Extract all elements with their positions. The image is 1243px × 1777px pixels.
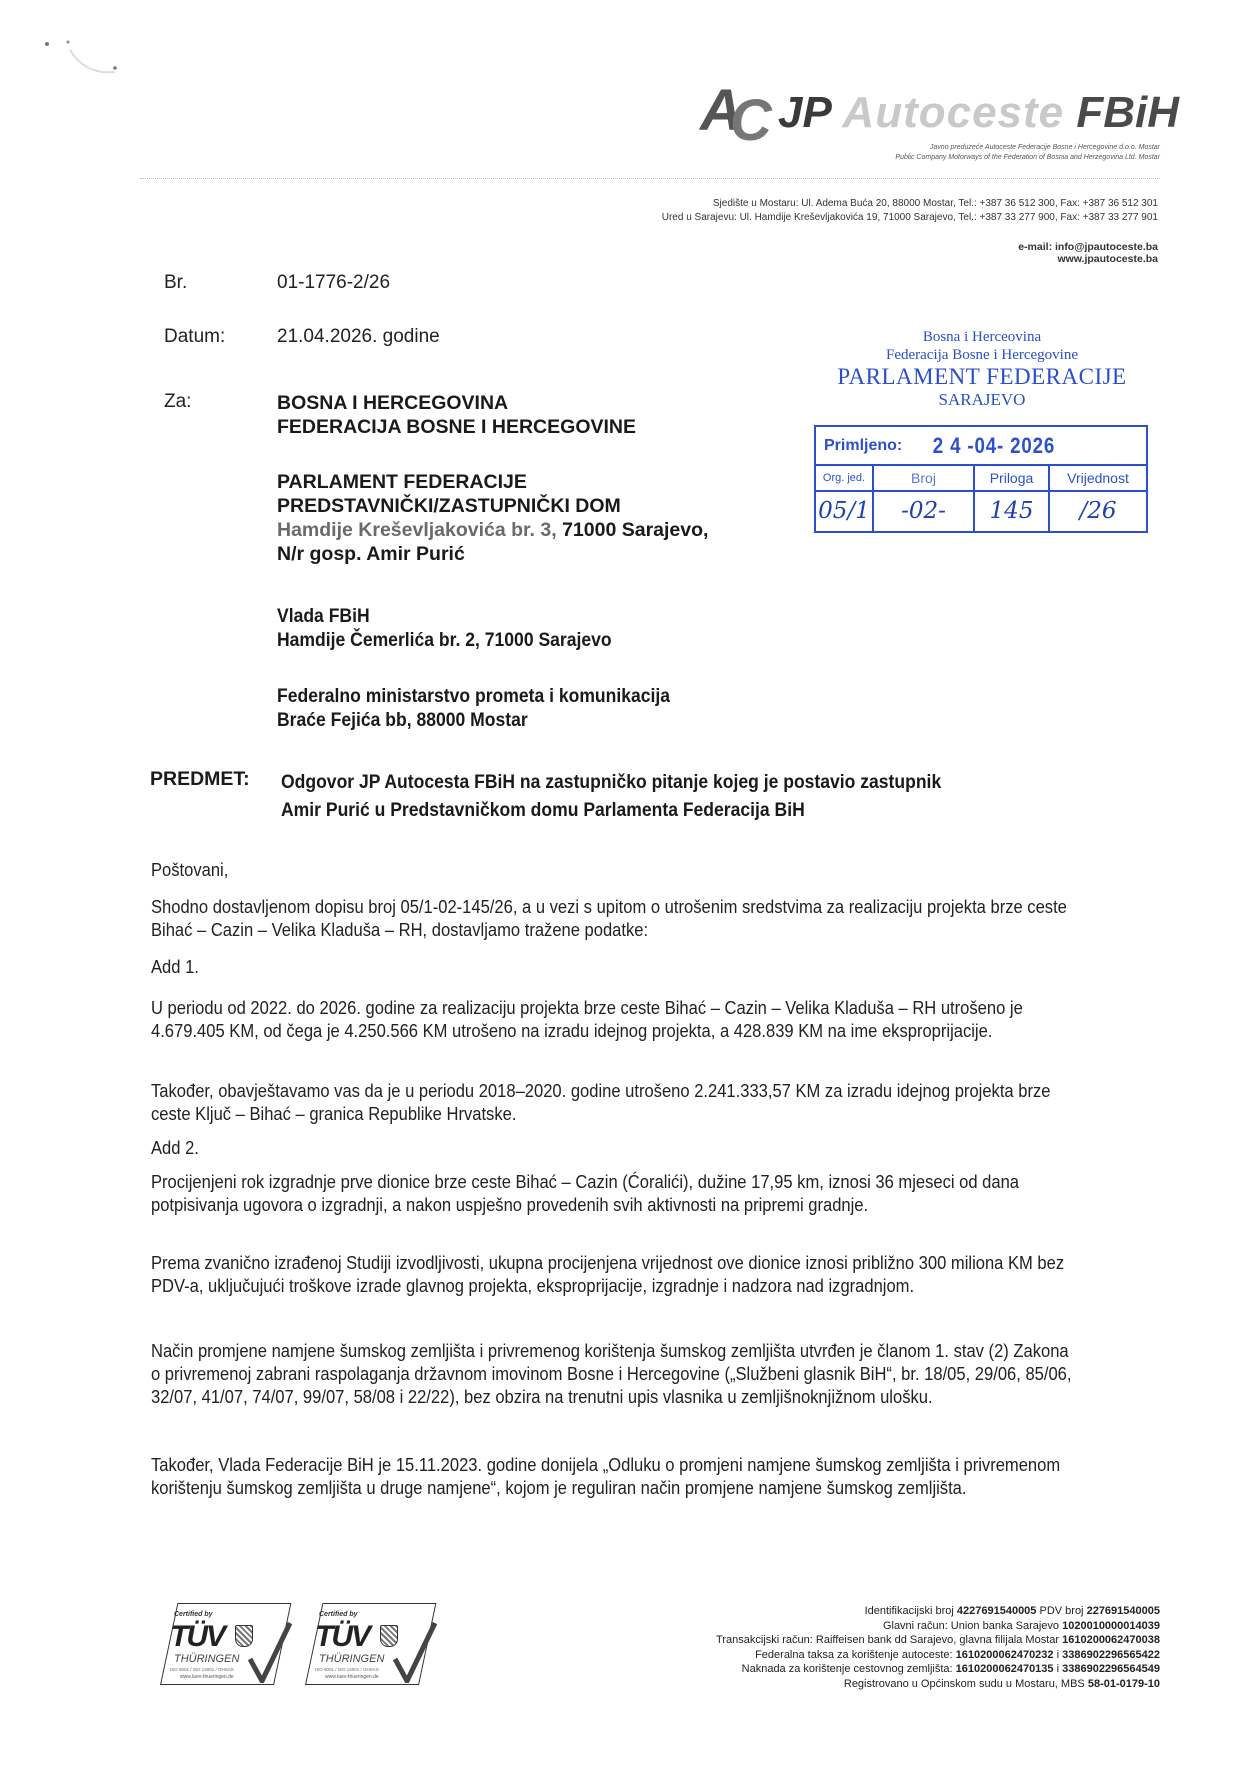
checkmark-icon [393,1621,437,1683]
tuv-certification-badge: Certified by TÜV THÜRINGEN ISO 9001 / IS… [160,1603,300,1685]
stamp-header: Vrijednost [1050,466,1146,492]
recipient-line: Braće Fejića bb, 88000 Mostar [277,708,670,732]
stamp-line: Bosna i Herceovina [812,328,1152,346]
section-add-1: Add 1. [151,956,1080,979]
badge-brand: TÜV [315,1620,369,1654]
recipient-line: Vlada FBiH [277,604,612,628]
paragraph-government-decision: Također, Vlada Federacije BiH je 15.11.2… [151,1454,1080,1500]
footer-transaction-account: Transakcijski račun: Raiffeisen bank dd … [716,1633,1160,1648]
recipient-bih: BOSNA I HERCEGOVINA FEDERACIJA BOSNE I H… [277,391,636,439]
scan-artifact-marks [40,20,130,80]
recipient-ministry: Federalno ministarstvo prometa i komunik… [277,684,670,732]
footer-main-account: Glavni račun: Union banka Sarajevo 10200… [716,1619,1160,1634]
address-mostar: Sjedište u Mostaru: Ul. Adema Buća 20, 8… [713,197,1158,211]
subject-line: Amir Purić u Predstavničkom domu Parlame… [281,796,941,824]
badge-standards: ISO 9001 / ISO 14001 / OHSAS [170,1667,234,1672]
footer-company-info: Identifikacijski broj 4227691540005 PDV … [716,1604,1160,1692]
date-label: Datum: [164,326,225,348]
subject-line: Odgovor JP Autocesta FBiH na zastupničko… [281,768,941,796]
subject-text: Odgovor JP Autocesta FBiH na zastupničko… [281,768,941,824]
paragraph-timeline: Procijenjeni rok izgradnje prve dionice … [151,1171,1080,1217]
logo-ac-monogram: AC [700,76,760,146]
recipient-line: Federalno ministarstvo prometa i komunik… [277,684,670,708]
checkmark-icon [248,1621,292,1683]
badge-region: THÜRINGEN [174,1653,239,1665]
stamp-received-date: 2 4 -04- 2026 [933,433,1055,459]
recipient-line: BOSNA I HERCEGOVINA [277,391,636,415]
greeting: Poštovani, [151,859,1080,882]
stamp-value: -02- [874,492,975,531]
stamp-line: PARLAMENT FEDERACIJE [812,364,1152,390]
stamp-value: /26 [1050,492,1146,531]
stamp-grid: Org. jed. Broj Priloga Vrijednost 05/1 -… [816,466,1146,531]
badge-certified-by: Certified by [174,1611,213,1618]
paragraph-cost-estimate: Prema zvanično izrađenoj Studiji izvodlj… [151,1252,1080,1298]
stamp-value: 145 [975,492,1050,531]
paragraph-intro: Shodno dostavljenom dopisu broj 05/1-02-… [151,896,1080,942]
recipient-address: Hamdije Kreševljakovića br. 3, 71000 Sar… [277,518,708,542]
stamp-received-row: Primljeno: 2 4 -04- 2026 [816,427,1146,466]
recipient-line: PREDSTAVNIČKI/ZASTUPNIČKI DOM [277,494,708,518]
section-add-2: Add 2. [151,1137,1080,1160]
paragraph-spending: U periodu od 2022. do 2026. godine za re… [151,997,1080,1043]
stamp-header: Priloga [975,466,1050,492]
recipient-parliament: PARLAMENT FEDERACIJE PREDSTAVNIČKI/ZASTU… [277,470,708,566]
stamp-line: Federacija Bosne i Hercegovine [812,346,1152,364]
recipient-attention: N/r gosp. Amir Purić [277,542,708,566]
badge-standards: ISO 9001 / ISO 14001 / OHSAS [315,1667,379,1672]
badge-brand: TÜV [170,1620,224,1654]
recipient-government: Vlada FBiH Hamdije Čemerlića br. 2, 7100… [277,604,612,652]
stamp-value: 05/1 [816,492,874,531]
badge-url: www.tuev-thueringen.de [180,1674,234,1680]
date-value: 21.04.2026. godine [277,326,440,348]
badge-certified-by: Certified by [319,1611,358,1618]
subject-label: PREDMET: [150,768,250,791]
paragraph-earlier-spending: Također, obavještavamo vas da je u perio… [151,1080,1080,1126]
recipient-line: PARLAMENT FEDERACIJE [277,470,708,494]
footer-road-fee: Naknada za korištenje cestovnog zemljišt… [716,1662,1160,1677]
header-divider [140,178,1160,179]
company-logo: AC JP Autoceste FBiH Javno preduzeće Aut… [700,76,1160,156]
badge-url: www.tuev-thueringen.de [325,1674,379,1680]
footer-id-line: Identifikacijski broj 4227691540005 PDV … [716,1604,1160,1619]
received-stamp-box: Primljeno: 2 4 -04- 2026 Org. jed. Broj … [814,425,1148,533]
footer-registry: Registrovano u Općinskom sudu u Mostaru,… [716,1677,1160,1692]
logo-subtitle-en: Public Company Motorways of the Federati… [895,154,1160,161]
number-value: 01-1776-2/26 [277,272,390,294]
received-stamp-header: Bosna i Herceovina Federacija Bosne i He… [812,328,1152,410]
recipient-line: FEDERACIJA BOSNE I HERCEGOVINE [277,415,636,439]
footer-federal-tax: Federalna taksa za korištenje autoceste:… [716,1648,1160,1663]
address-sarajevo: Ured u Sarajevu: Ul. Hamdije Kreševljako… [662,211,1158,225]
paragraph-forest-land-law: Način promjene namjene šumskog zemljišta… [151,1340,1080,1409]
tuv-certification-badge: Certified by TÜV THÜRINGEN ISO 9001 / IS… [305,1603,445,1685]
to-label: Za: [164,391,191,413]
stamp-received-label: Primljeno: [824,437,902,455]
badge-region: THÜRINGEN [319,1653,384,1665]
logo-wordmark: JP Autoceste FBiH [778,90,1179,136]
stamp-line: SARAJEVO [812,390,1152,410]
recipient-line: Hamdije Čemerlića br. 2, 71000 Sarajevo [277,628,612,652]
website-link[interactable]: www.jpautoceste.ba [1057,253,1158,266]
email-link[interactable]: info@jpautoceste.ba [1055,241,1158,253]
number-label: Br. [164,272,187,294]
stamp-header: Broj [874,466,975,492]
logo-subtitle-bs: Javno preduzeće Autoceste Federacije Bos… [930,144,1160,151]
stamp-header: Org. jed. [816,466,874,492]
